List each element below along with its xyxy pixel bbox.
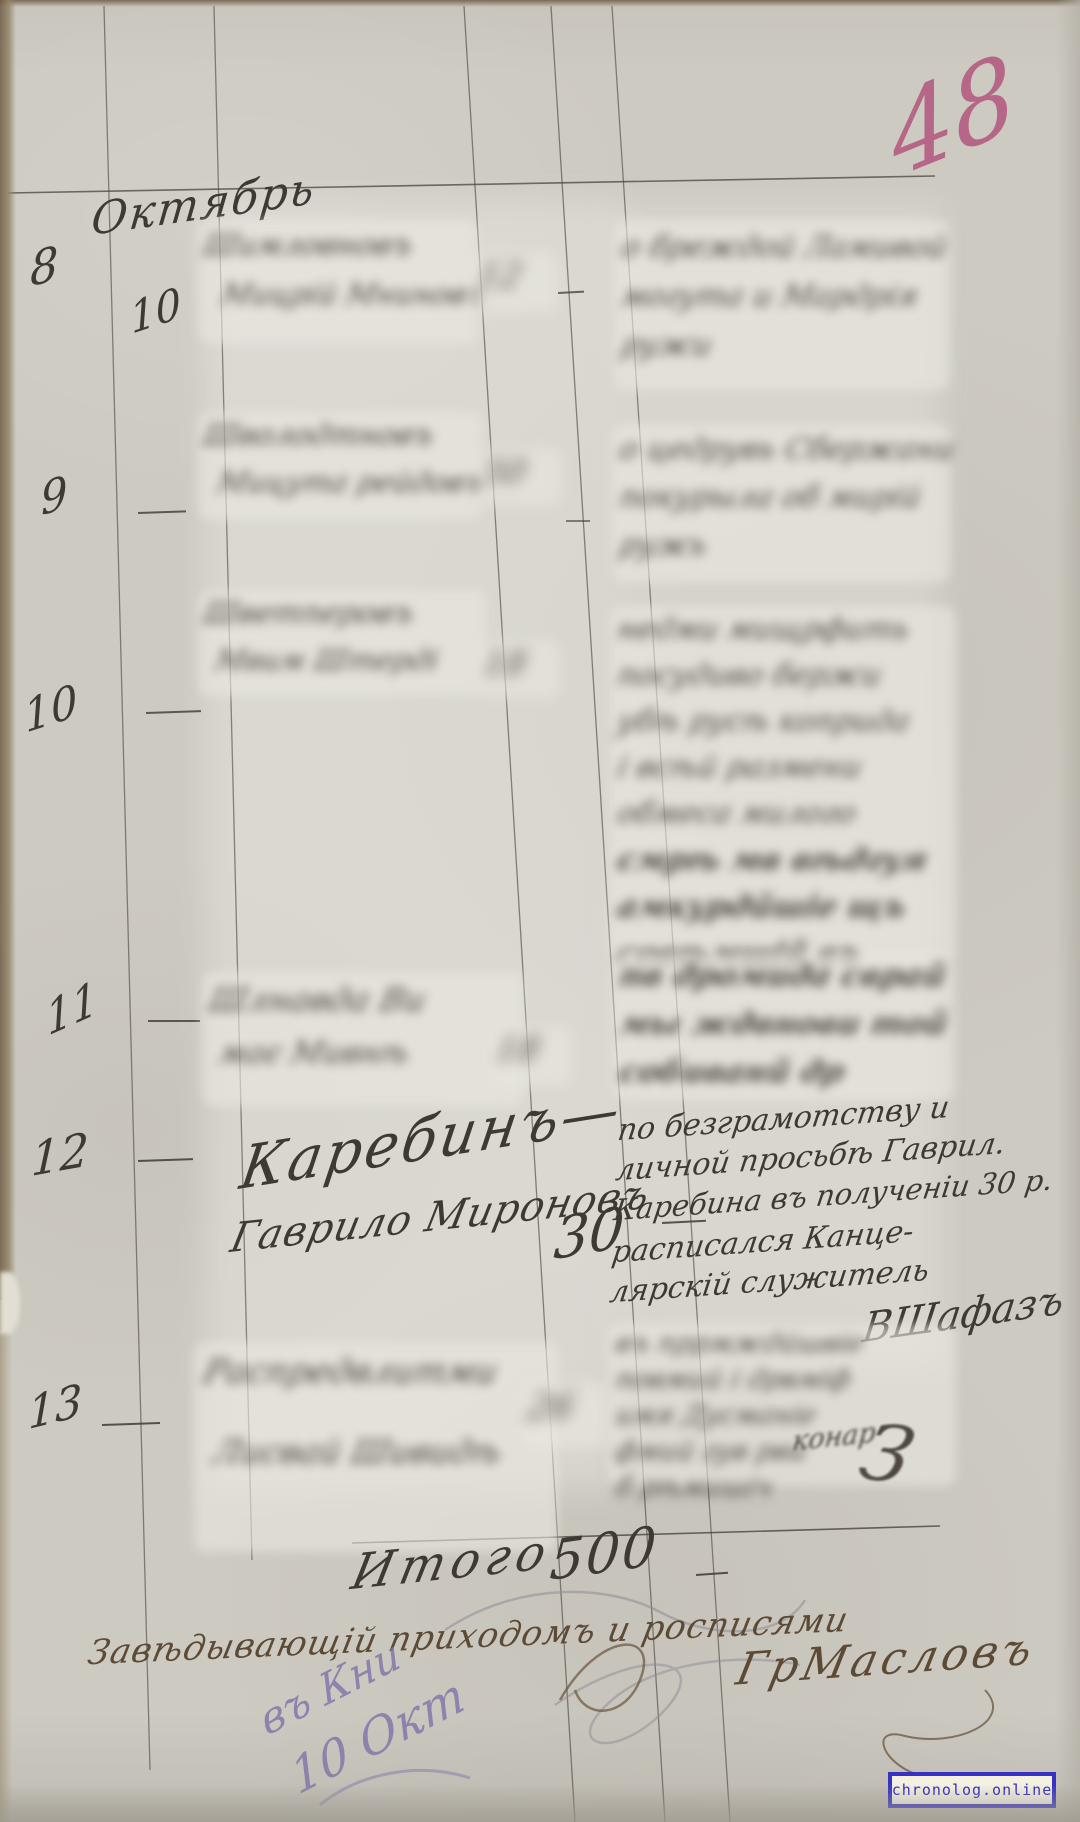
row-day-dash: [138, 1158, 193, 1162]
ledger-scan-page: 48 Октябрь 8 10 Шимловновъ Мицрій Мнинов…: [0, 0, 1080, 1822]
redacted-amount: 50: [478, 448, 562, 506]
row-number: 9: [40, 470, 68, 523]
scan-light-band: [205, 200, 620, 1490]
row-day-dash: [146, 710, 201, 714]
redacted-amount: 18: [490, 1026, 572, 1086]
redacted-name: Шволодтновъ Мицута рейдовъ: [198, 412, 482, 520]
paper-edge-right: [1056, 0, 1080, 1822]
redacted-note: недми мищрфить посудиво бержи убѣ русѣ к…: [610, 606, 956, 962]
redacted-name: Шветперовъ Мвим Штерді: [198, 590, 486, 696]
row-day-dash: [102, 1422, 160, 1426]
row-number: 8: [30, 239, 58, 293]
total-amount: 500: [548, 1519, 660, 1589]
paper-edge-left: [0, 0, 16, 1330]
col5-dash: [558, 291, 584, 294]
row-number: 10: [22, 679, 80, 741]
redacted-note: о бреждой Ламивой могута и Мардрія ружи: [614, 220, 950, 390]
redacted-name: Распредвлитми Лисвай Шивидѣ: [194, 1342, 558, 1552]
total-dash: [696, 1572, 728, 1576]
redacted-name: Шимловновъ Мицрій Мниновъ: [198, 220, 478, 344]
redacted-amount: 18: [478, 640, 560, 698]
row-number: 11: [44, 975, 100, 1044]
redacted-amount: 12: [472, 252, 558, 312]
paper-edge-top: [0, 0, 1080, 7]
paper-edge-left-lower: [0, 1300, 12, 1822]
row-number: 13: [28, 1378, 82, 1437]
row-day-dash: [148, 1020, 200, 1022]
row-day-dash: [138, 510, 186, 514]
redacted-amount: 26: [522, 1382, 608, 1448]
redacted-note: о цедрувь Сбержани покурыла об мирій руж…: [612, 424, 950, 582]
page-number: 48: [882, 38, 1023, 192]
closing-line: Завѣдывающій приходомъ и росписями: [85, 1603, 852, 1671]
redacted-note: пв дромида сврай мы ждвнови той собиванй…: [612, 952, 954, 1100]
paper-tear-notch: [0, 1272, 20, 1334]
redacted-name: Шлнавда Ви має Мивнѣ: [202, 972, 524, 1106]
row-number: 12: [30, 1126, 89, 1183]
row-day: 10: [128, 281, 183, 340]
paper-edge-bottom: [0, 1784, 1080, 1822]
col5-dash: [566, 520, 590, 522]
